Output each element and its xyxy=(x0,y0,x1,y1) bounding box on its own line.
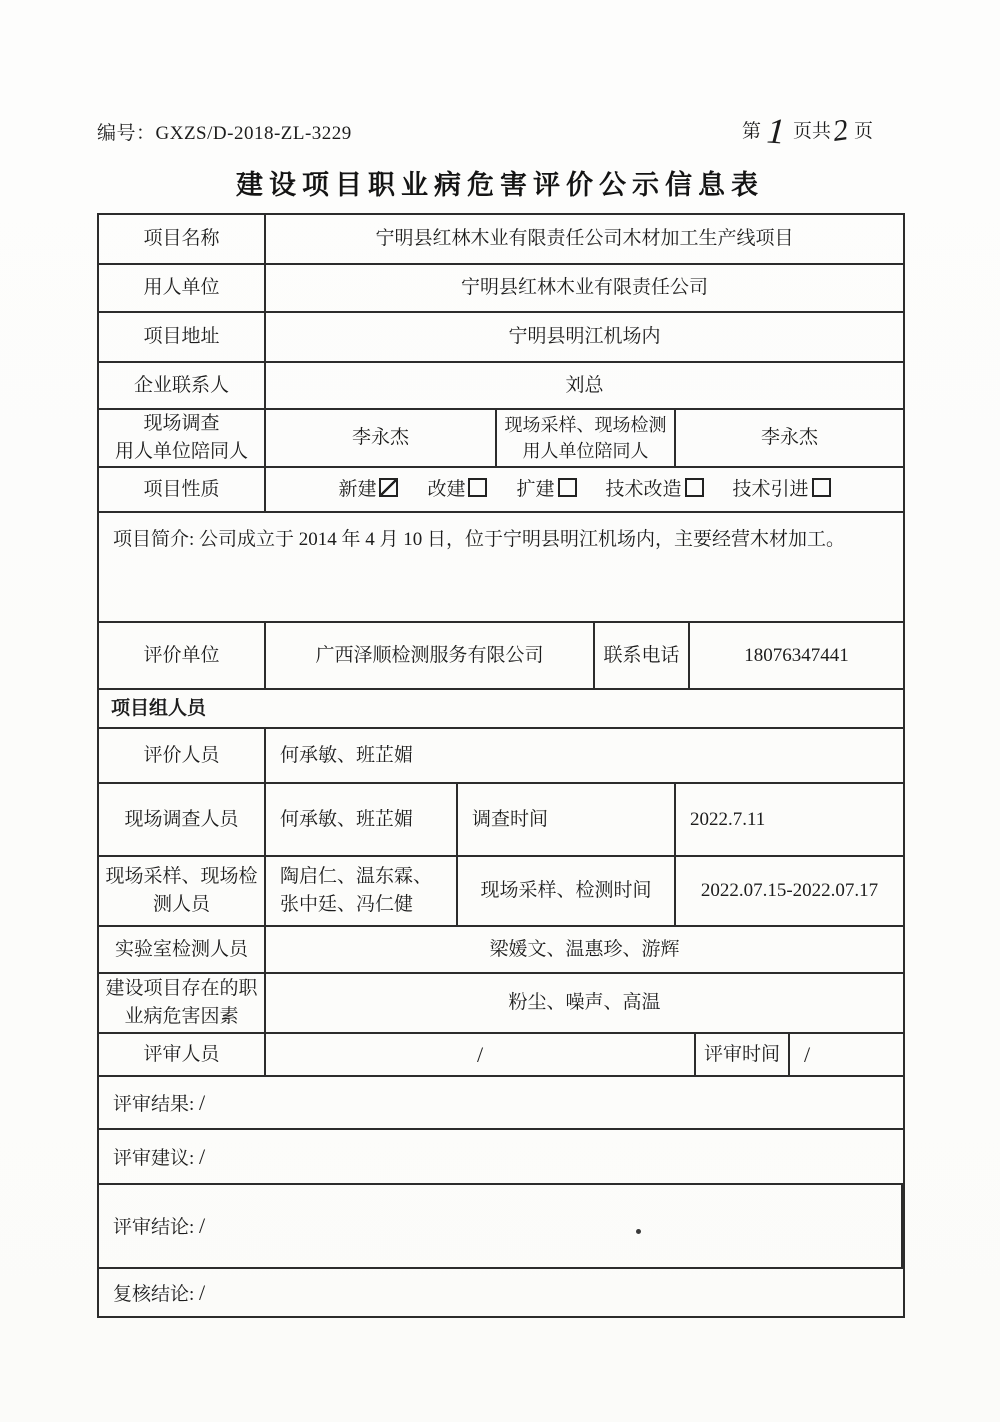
survey-staff-value: 何承敏、班芷媚 xyxy=(266,784,458,855)
sampling-staff-label: 现场采样、现场检 测人员 xyxy=(99,857,266,925)
table-row-employer: 用人单位 宁明县红林木业有限责任公司 xyxy=(99,265,903,313)
project-name-value: 宁明县红林木业有限责任公司木材加工生产线项目 xyxy=(266,215,903,263)
appraisers-label: 评价人员 xyxy=(99,729,266,782)
project-intro: 项目简介: 公司成立于 2014 年 4 月 10 日，位于宁明县明江机场内，主… xyxy=(99,513,903,621)
survey-escort-value: 李永杰 xyxy=(266,410,497,466)
page-indicator: 第1页共2页 xyxy=(742,116,873,143)
option-tech-transformation: 技术改造 xyxy=(606,476,704,504)
project-intro-label: 项目简介: xyxy=(113,529,194,550)
project-name-label: 项目名称 xyxy=(99,215,266,263)
survey-escort-label: 现场调查 用人单位陪同人 xyxy=(99,410,266,466)
project-nature-options: 新建 改建 扩建 技术改造 技术引进 xyxy=(266,468,903,511)
appraisers-value: 何承敏、班芷媚 xyxy=(266,729,903,782)
document-header: 编号：GXZS/D-2018-ZL-3229 第1页共2页 xyxy=(97,112,905,152)
table-row-project-nature: 项目性质 新建 改建 扩建 技术改造 技术引进 xyxy=(99,468,903,513)
hazards-label: 建设项目存在的职 业病危害因素 xyxy=(99,974,266,1032)
sampling-escort-label: 现场采样、现场检测 用人单位陪同人 xyxy=(497,410,676,466)
page-middle: 页共 xyxy=(793,121,831,142)
employer-label: 用人单位 xyxy=(99,265,266,311)
scan-speck xyxy=(636,1229,641,1234)
lab-staff-label: 实验室检测人员 xyxy=(99,927,266,972)
scanned-document-page: 编号：GXZS/D-2018-ZL-3229 第1页共2页 建设项目职业病危害评… xyxy=(0,0,1000,1422)
project-nature-label: 项目性质 xyxy=(99,468,266,511)
evaluator-label: 评价单位 xyxy=(99,623,266,688)
review-time-label: 评审时间 xyxy=(696,1034,790,1075)
table-row-address: 项目地址 宁明县明江机场内 xyxy=(99,313,903,363)
hazards-value: 粉尘、噪声、高温 xyxy=(266,974,903,1032)
survey-time-label: 调查时间 xyxy=(458,784,676,855)
sampling-escort-value: 李永杰 xyxy=(676,410,903,466)
table-row-contact: 企业联系人 刘总 xyxy=(99,363,903,410)
checkbox-checked-icon xyxy=(379,478,398,497)
review-advice: 评审建议: / xyxy=(99,1130,903,1183)
option-reconstruction: 改建 xyxy=(427,476,487,504)
table-row-recheck-conclusion: 复核结论: / xyxy=(99,1269,903,1316)
current-page-number: 1 xyxy=(767,130,785,131)
page-prefix: 第 xyxy=(742,121,761,142)
survey-staff-label: 现场调查人员 xyxy=(99,784,266,855)
team-header: 项目组人员 xyxy=(99,690,903,727)
address-value: 宁明县明江机场内 xyxy=(266,313,903,361)
table-row-escorts: 现场调查 用人单位陪同人 李永杰 现场采样、现场检测 用人单位陪同人 李永杰 xyxy=(99,410,903,468)
recheck-conclusion: 复核结论: / xyxy=(99,1269,903,1316)
sampling-time-label: 现场采样、检测时间 xyxy=(458,857,676,925)
option-expansion: 扩建 xyxy=(516,476,576,504)
table-row-evaluator: 评价单位 广西泽顺检测服务有限公司 联系电话 18076347441 xyxy=(99,623,903,690)
total-page-number: 2 xyxy=(833,130,848,132)
table-row-hazards: 建设项目存在的职 业病危害因素 粉尘、噪声、高温 xyxy=(99,974,903,1034)
table-row-review-advice: 评审建议: / xyxy=(99,1130,903,1185)
option-new-construction: 新建 xyxy=(338,476,398,504)
option-tech-introduction: 技术引进 xyxy=(733,476,831,504)
survey-time-value: 2022.7.11 xyxy=(676,784,903,855)
page-title: 建设项目职业病危害评价公示信息表 xyxy=(0,163,1000,202)
doc-number: 编号：GXZS/D-2018-ZL-3229 xyxy=(97,118,352,145)
evaluator-value: 广西泽顺检测服务有限公司 xyxy=(266,623,595,688)
table-row-sampling-staff: 现场采样、现场检 测人员 陶启仁、温东霖、 张中廷、冯仁健 现场采样、检测时间 … xyxy=(99,857,903,927)
review-staff-value: / xyxy=(266,1034,696,1075)
table-row-review-conclusion: 评审结论: / xyxy=(99,1185,903,1269)
page-suffix: 页 xyxy=(854,121,873,142)
review-conclusion: 评审结论: / xyxy=(99,1185,903,1267)
phone-label: 联系电话 xyxy=(595,623,690,688)
table-row-appraisers: 评价人员 何承敏、班芷媚 xyxy=(99,729,903,784)
contact-value: 刘总 xyxy=(266,363,903,408)
sampling-time-value: 2022.07.15-2022.07.17 xyxy=(676,857,903,925)
table-row-survey-staff: 现场调查人员 何承敏、班芷媚 调查时间 2022.7.11 xyxy=(99,784,903,857)
table-row-review-staff: 评审人员 / 评审时间 / xyxy=(99,1034,903,1077)
info-table: 项目名称 宁明县红林木业有限责任公司木材加工生产线项目 用人单位 宁明县红林木业… xyxy=(97,213,905,1318)
table-row-team-header: 项目组人员 xyxy=(99,690,903,729)
review-staff-label: 评审人员 xyxy=(99,1034,266,1075)
sampling-staff-value: 陶启仁、温东霖、 张中廷、冯仁健 xyxy=(266,857,458,925)
checkbox-icon xyxy=(468,478,487,497)
review-time-value: / xyxy=(790,1034,903,1075)
checkbox-icon xyxy=(812,478,831,497)
table-row-lab-staff: 实验室检测人员 梁媛文、温惠珍、游辉 xyxy=(99,927,903,974)
employer-value: 宁明县红林木业有限责任公司 xyxy=(266,265,903,311)
project-intro-value: 公司成立于 2014 年 4 月 10 日，位于宁明县明江机场内，主要经营木材加… xyxy=(199,529,845,550)
address-label: 项目地址 xyxy=(99,313,266,361)
table-row-review-result: 评审结果: / xyxy=(99,1077,903,1130)
checkbox-icon xyxy=(685,478,704,497)
contact-label: 企业联系人 xyxy=(99,363,266,408)
review-result: 评审结果: / xyxy=(99,1077,903,1128)
checkbox-icon xyxy=(558,478,577,497)
phone-value: 18076347441 xyxy=(690,623,903,688)
lab-staff-value: 梁媛文、温惠珍、游辉 xyxy=(266,927,903,972)
table-row-project-name: 项目名称 宁明县红林木业有限责任公司木材加工生产线项目 xyxy=(99,215,903,265)
table-row-project-intro: 项目简介: 公司成立于 2014 年 4 月 10 日，位于宁明县明江机场内，主… xyxy=(99,513,903,623)
